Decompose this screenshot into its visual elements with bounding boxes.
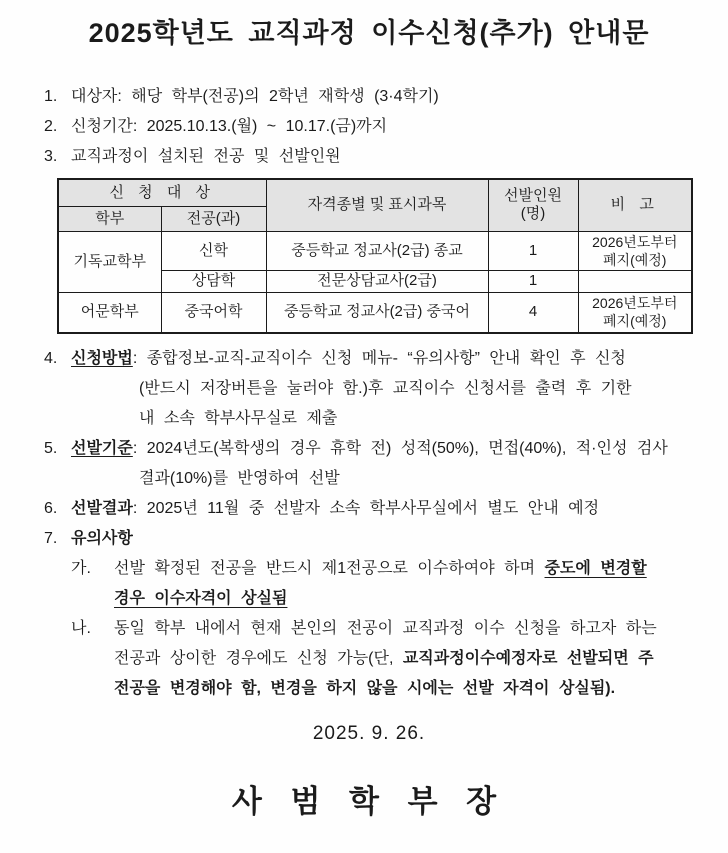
item-number: 6. (44, 494, 71, 524)
cell-major: 중국어학 (161, 292, 266, 333)
item-criteria-text1: 2024년도(복학생의 경우 휴학 전) 성적(50%), 면접(40%), 적… (147, 440, 668, 457)
cell-note-line1: 2026년도부터 (581, 233, 690, 251)
table-row: 기독교학부 신학 중등학교 정교사(2급) 종교 1 2026년도부터 폐지(예… (58, 231, 692, 270)
item-method-line2: (반드시 저장버튼을 눌러야 함.)후 교직이수 신청서를 출력 후 기한 (71, 374, 694, 404)
cell-cert: 중등학교 정교사(2급) 종교 (266, 231, 488, 270)
item-method-line3: 내 소속 학부사무실로 제출 (71, 404, 694, 434)
note-ga-emphasis2: 경우 이수자격이 상실됨 (114, 590, 287, 607)
th-note: 비 고 (578, 179, 692, 231)
note-na-bold1: 교직과정이수예정자로 선발되면 주 (403, 650, 654, 667)
cell-quota: 1 (488, 270, 578, 292)
item-criteria-line1: 선발기준: 2024년도(복학생의 경우 휴학 전) 성적(50%), 면접(4… (71, 434, 694, 464)
cell-note (578, 270, 692, 292)
item-result: 6. 선발결과: 2025년 11월 중 선발자 소속 학부사무실에서 별도 안… (44, 494, 694, 524)
item-notes-label: 유의사항 (71, 530, 133, 547)
note-na-line2: 전공과 상이한 경우에도 신청 가능(단, 교직과정이수예정자로 선발되면 주 (114, 644, 694, 674)
colon: : (133, 440, 147, 457)
colon: : (133, 500, 147, 517)
item-period: 2. 신청기간: 2025.10.13.(월) ~ 10.17.(금)까지 (44, 112, 694, 142)
item-programs-text: 교직과정이 설치된 전공 및 선발인원 (71, 142, 694, 172)
item-period-text: 신청기간: 2025.10.13.(월) ~ 10.17.(금)까지 (71, 112, 694, 142)
th-apply-target: 신 청 대 상 (58, 179, 266, 206)
colon: : (133, 350, 147, 367)
cell-note-line2: 폐지(예정) (581, 251, 690, 269)
item-number: 1. (44, 82, 71, 112)
th-quota-line2: (명) (491, 205, 576, 223)
cell-major: 신학 (161, 231, 266, 270)
cell-cert: 중등학교 정교사(2급) 중국어 (266, 292, 488, 333)
item-notes: 7. 유의사항 (44, 524, 694, 554)
th-dept: 학부 (58, 206, 161, 231)
th-quota: 선발인원 (명) (488, 179, 578, 231)
th-quota-line1: 선발인원 (491, 187, 576, 205)
item-method-label: 신청방법 (71, 350, 133, 367)
cell-note-line1: 2026년도부터 (581, 294, 690, 312)
item-method-text1: 종합정보-교직-교직이수 신청 메뉴- “유의사항” 안내 확인 후 신청 (147, 350, 626, 367)
item-result-text: 2025년 11월 중 선발자 소속 학부사무실에서 별도 안내 예정 (147, 500, 599, 517)
cell-quota: 1 (488, 231, 578, 270)
item-criteria-line2: 결과(10%)를 반영하여 선발 (71, 464, 694, 494)
item-criteria: 5. 선발기준: 2024년도(복학생의 경우 휴학 전) 성적(50%), 면… (44, 434, 694, 494)
note-ga-regular: 선발 확정된 전공을 반드시 제1전공으로 이수하여야 하며 (114, 560, 545, 577)
item-target-text: 대상자: 해당 학부(전공)의 2학년 재학생 (3·4학기) (71, 82, 694, 112)
note-na-line1: 동일 학부 내에서 현재 본인의 전공이 교직과정 이수 신청을 하고자 하는 (114, 614, 694, 644)
note-na-bold2: 전공을 변경해야 함, 변경을 하지 않을 시에는 선발 자격이 상실됨). (114, 680, 615, 697)
item-number: 4. (44, 344, 71, 434)
document-title: 2025학년도 교직과정 이수신청(추가) 안내문 (44, 14, 694, 52)
note-ga-line1: 선발 확정된 전공을 반드시 제1전공으로 이수하여야 하며 중도에 변경할 (114, 554, 694, 584)
item-method-line1: 신청방법: 종합정보-교직-교직이수 신청 메뉴- “유의사항” 안내 확인 후… (71, 344, 694, 374)
subitem-marker: 나. (71, 614, 114, 704)
item-number: 5. (44, 434, 71, 494)
item-number: 2. (44, 112, 71, 142)
cell-dept: 어문학부 (58, 292, 161, 333)
item-method: 4. 신청방법: 종합정보-교직-교직이수 신청 메뉴- “유의사항” 안내 확… (44, 344, 694, 434)
note-na-line3: 전공을 변경해야 함, 변경을 하지 않을 시에는 선발 자격이 상실됨). (114, 674, 694, 704)
cell-quota: 4 (488, 292, 578, 333)
note-ga: 가. 선발 확정된 전공을 반드시 제1전공으로 이수하여야 하며 중도에 변경… (44, 554, 694, 614)
item-programs: 3. 교직과정이 설치된 전공 및 선발인원 (44, 142, 694, 172)
cell-dept: 기독교학부 (58, 231, 161, 292)
document-page: 2025학년도 교직과정 이수신청(추가) 안내문 1. 대상자: 해당 학부(… (0, 0, 728, 853)
th-major: 전공(과) (161, 206, 266, 231)
document-date: 2025. 9. 26. (44, 722, 694, 746)
cell-cert: 전문상담교사(2급) (266, 270, 488, 292)
subitem-marker: 가. (71, 554, 114, 614)
item-result-line: 선발결과: 2025년 11월 중 선발자 소속 학부사무실에서 별도 안내 예… (71, 494, 694, 524)
note-na-regular: 전공과 상이한 경우에도 신청 가능(단, (114, 650, 403, 667)
item-target: 1. 대상자: 해당 학부(전공)의 2학년 재학생 (3·4학기) (44, 82, 694, 112)
cell-note: 2026년도부터 폐지(예정) (578, 292, 692, 333)
signature: 사 범 학 부 장 (44, 782, 694, 822)
item-number: 3. (44, 142, 71, 172)
note-ga-line2: 경우 이수자격이 상실됨 (114, 584, 694, 614)
programs-table: 신 청 대 상 자격종별 및 표시과목 선발인원 (명) 비 고 학부 전공(과… (57, 178, 693, 334)
note-ga-emphasis1: 중도에 변경할 (545, 560, 647, 577)
item-result-label: 선발결과 (71, 500, 133, 517)
th-cert-type: 자격종별 및 표시과목 (266, 179, 488, 231)
note-na: 나. 동일 학부 내에서 현재 본인의 전공이 교직과정 이수 신청을 하고자 … (44, 614, 694, 704)
table-row: 어문학부 중국어학 중등학교 정교사(2급) 중국어 4 2026년도부터 폐지… (58, 292, 692, 333)
cell-note: 2026년도부터 폐지(예정) (578, 231, 692, 270)
item-number: 7. (44, 524, 71, 554)
item-criteria-label: 선발기준 (71, 440, 133, 457)
cell-note-line2: 폐지(예정) (581, 312, 690, 330)
cell-major: 상담학 (161, 270, 266, 292)
